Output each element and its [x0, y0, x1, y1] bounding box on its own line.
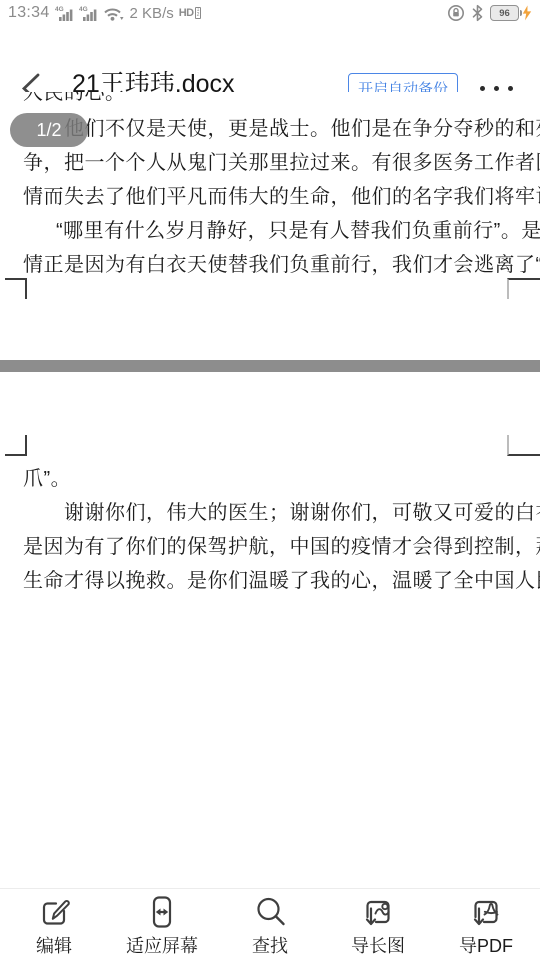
page2-margin-corner-right [507, 435, 540, 456]
doc-text-line: “哪里有什么岁月静好，只是有人替我们负重前行”。是啊，这次疫 [23, 220, 520, 242]
export-long-image-icon [359, 893, 397, 931]
fit-screen-button[interactable]: 适应屏幕 [108, 889, 216, 960]
network-speed: 2 KB/s [130, 5, 174, 22]
doc-text-line: 生命才得以挽救。是你们温暖了我的心，温暖了全中国人民的心。 [23, 570, 520, 592]
bottom-toolbar: 编辑 适应屏幕 查找 [0, 888, 540, 960]
doc-text-line: 争，把一个个人从鬼门关那里拉过来。有很多医务工作者因为这次疫 [23, 152, 520, 174]
export-pdf-button[interactable]: 导PDF [432, 889, 540, 960]
wifi-icon [103, 5, 125, 22]
search-icon [251, 893, 289, 931]
page-indicator-badge: 1/2 [10, 113, 88, 147]
edit-icon [35, 893, 73, 931]
rotation-lock-icon [447, 4, 465, 22]
doc-text-line: 是因为有了你们的保驾护航，中国的疫情才会得到控制，那么多人的 [23, 536, 520, 558]
find-button[interactable]: 查找 [216, 889, 324, 960]
page1-margin-corner-right [507, 278, 540, 299]
bluetooth-icon [471, 4, 484, 22]
fit-screen-icon [143, 893, 181, 931]
doc-text-line: 爪”。 [23, 468, 520, 490]
export-long-image-button[interactable]: 导长图 [324, 889, 432, 960]
svg-text:4G: 4G [79, 6, 88, 13]
export-pdf-icon [467, 893, 505, 931]
battery-indicator: 96 [490, 5, 519, 21]
edit-button[interactable]: 编辑 [0, 889, 108, 960]
charging-bolt-icon [522, 5, 532, 21]
page1-margin-corner-left [5, 278, 27, 299]
app-screen: 13:34 4G 4G [0, 0, 540, 960]
doc-text-line-clipped: 人民的心。 [23, 92, 520, 104]
cellular-signal-icon-sim1: 4G [55, 5, 74, 22]
doc-text-line: 情而失去了他们平凡而伟大的生命，他们的名字我们将牢记于心。 [23, 186, 520, 208]
document-header: 21王玮玮.docx QQ浏览器文件服务 开启自动备份 [0, 26, 540, 92]
page2-margin-corner-left [5, 435, 27, 456]
clock: 13:34 [8, 4, 50, 22]
page-separator [0, 360, 540, 372]
doc-text-line: 谢谢你们，伟大的医生；谢谢你们，可敬又可爱的白衣天使。正 [23, 502, 520, 524]
doc-text-line: 他们不仅是天使，更是战士。他们是在争分夺秒的和死神作斗 [23, 118, 520, 140]
svg-text:4G: 4G [55, 6, 64, 13]
doc-text-line: 情正是因为有白衣天使替我们负重前行，我们才会逃离了“病毒的魔 [23, 254, 520, 276]
document-viewport[interactable]: 人民的心。 他们不仅是天使，更是战士。他们是在争分夺秒的和死神作斗 争，把一个个… [0, 92, 540, 889]
volte-hd-icon: HD 1 2 [179, 7, 202, 19]
status-bar: 13:34 4G 4G [0, 0, 540, 26]
cellular-signal-icon-sim2: 4G [79, 5, 98, 22]
